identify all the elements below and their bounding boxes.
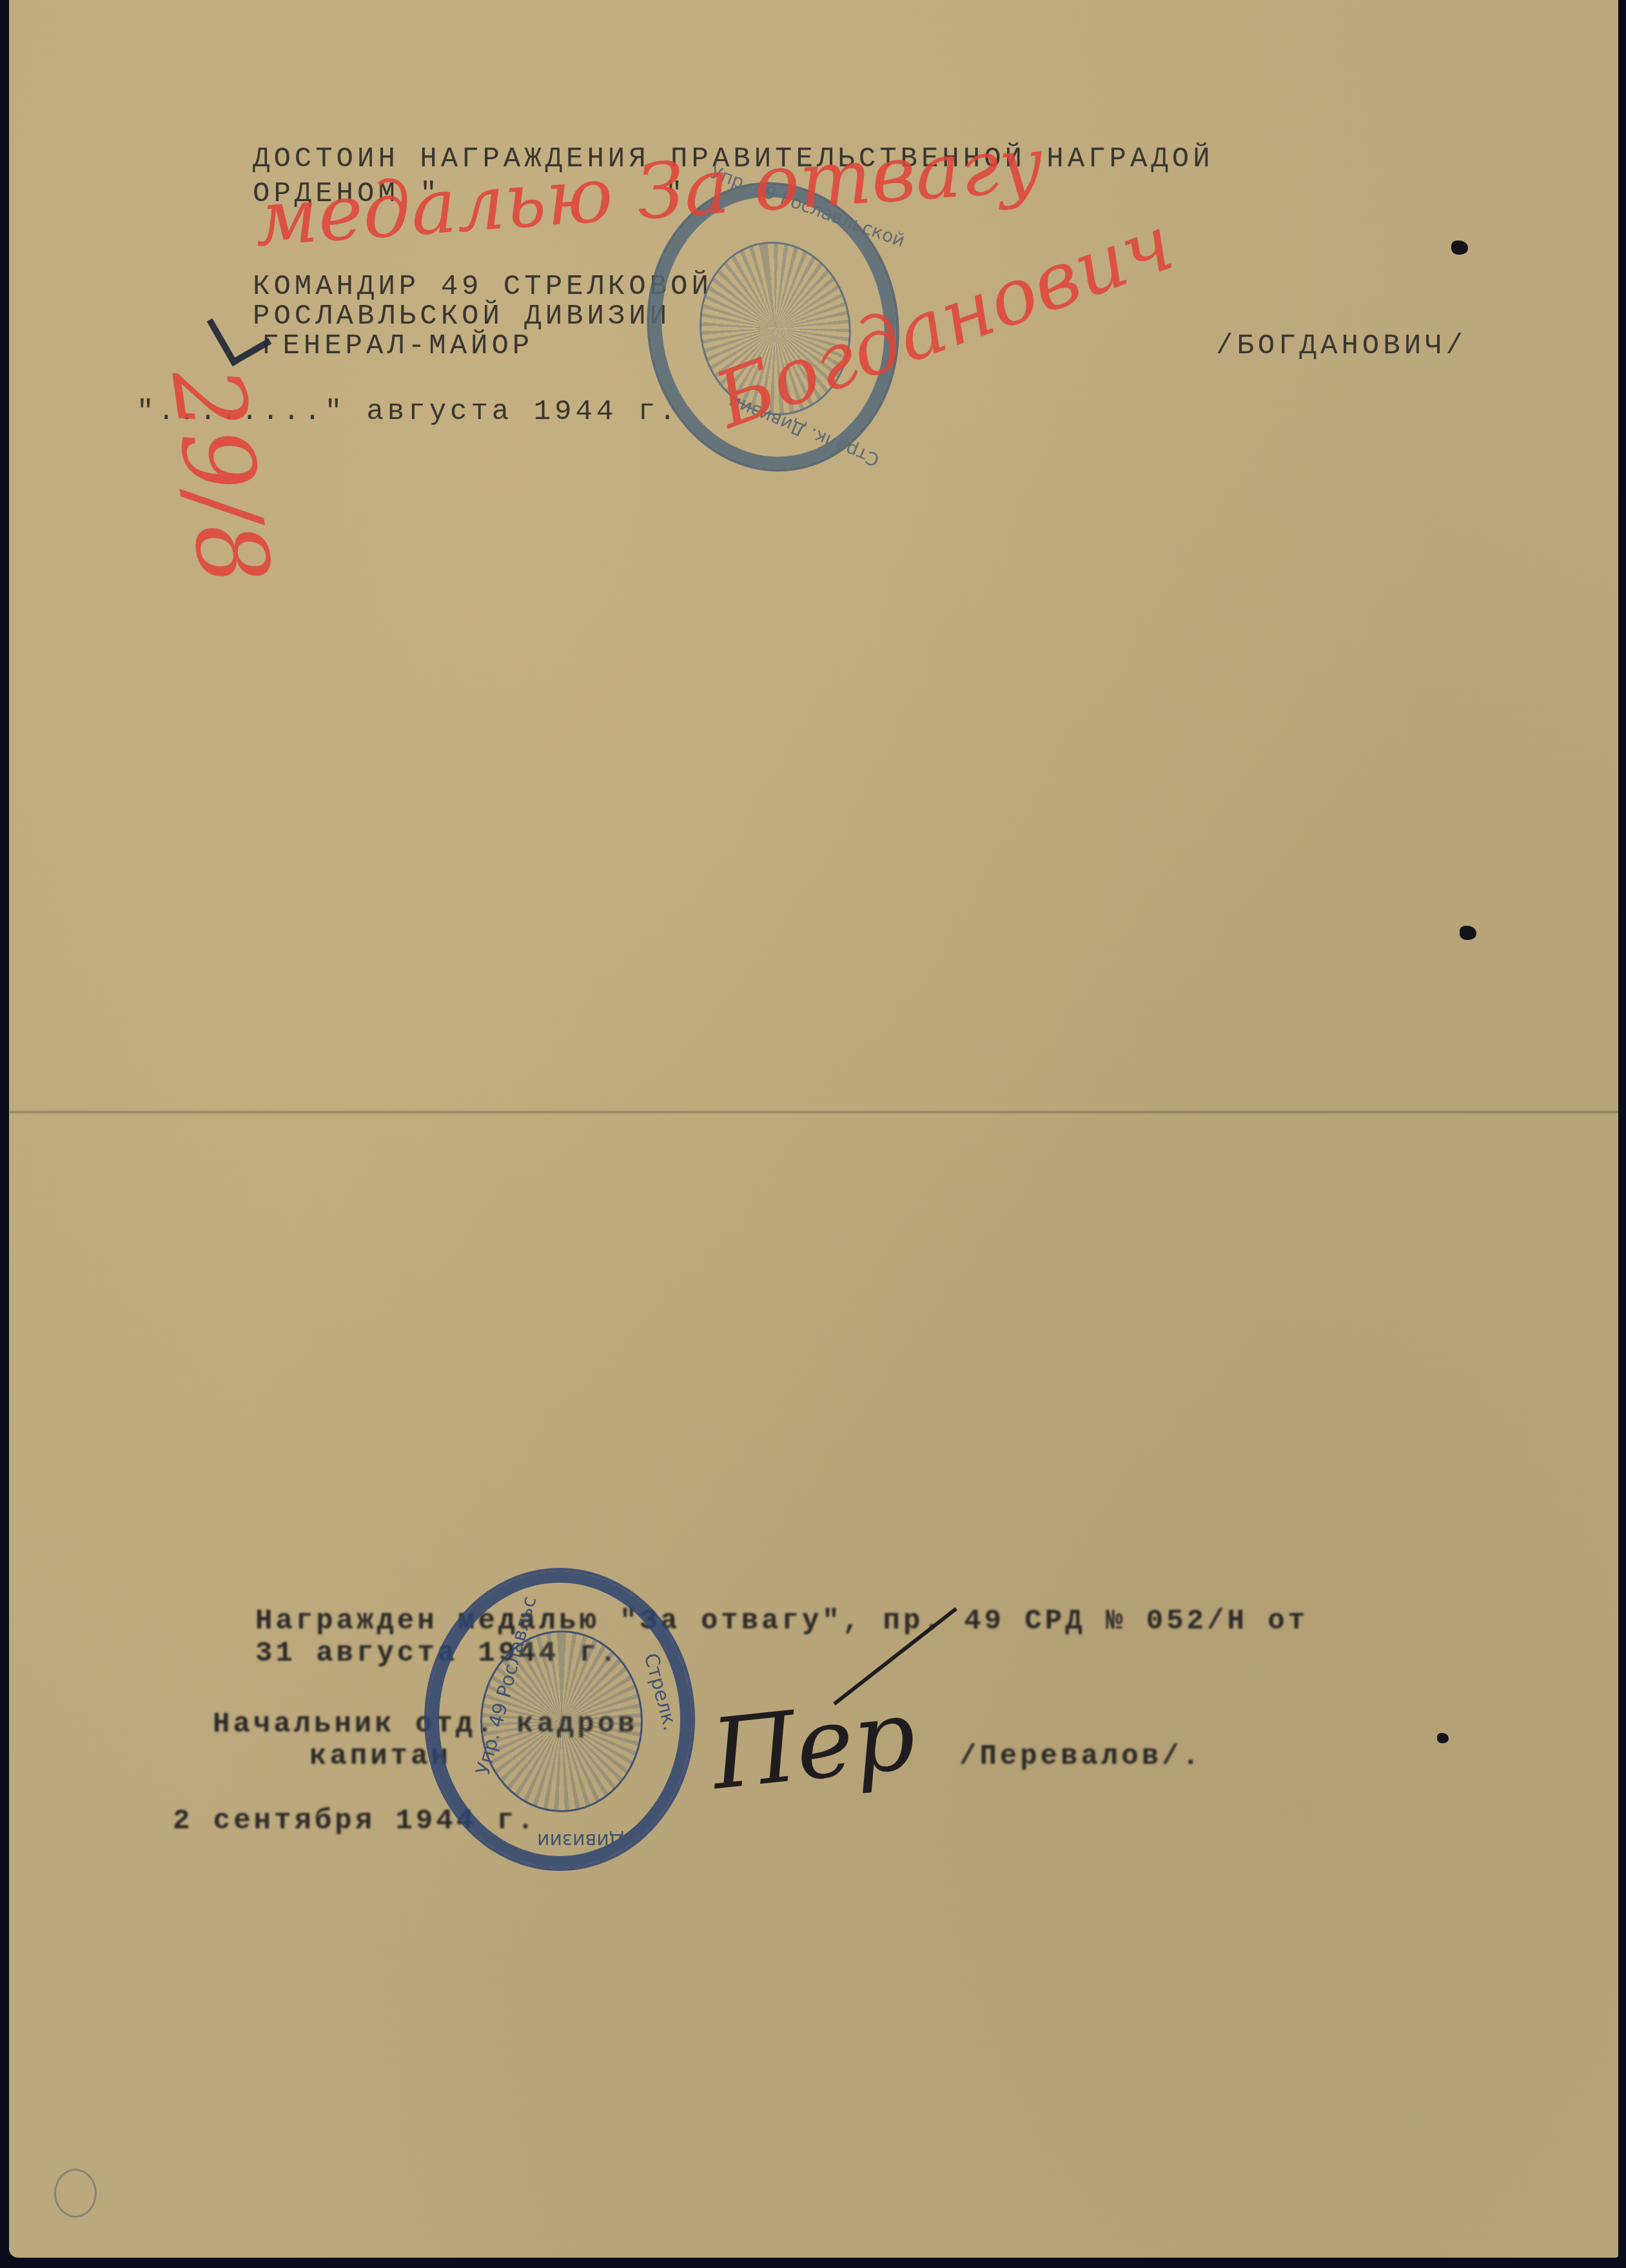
punch-hole-middle: [1460, 926, 1476, 940]
awarded-line1: Награжден медалью "За отвагу", пр. 49 СР…: [255, 1605, 1308, 1637]
stamp-ring-text-right: Стрелк.: [640, 1651, 682, 1734]
commander-title-line2: РОСЛАВЛЬСКОЙ ДИВИЗИИ: [253, 300, 671, 333]
division-stamp-bottom: Упр. 49 Рославльс Стрелк. Дивизии: [424, 1568, 695, 1871]
red-award-annotation: медалью За отвагу: [252, 119, 1046, 263]
punch-hole-top: [1451, 240, 1468, 255]
stamp-ring-text-bottom: Дивизии: [537, 1829, 624, 1852]
chief-signature: Пер: [707, 1679, 921, 1812]
commander-rank: ГЕНЕРАЛ-МАЙОР: [262, 330, 533, 362]
commander-name: /БОГДАНОВИЧ/: [1216, 330, 1467, 362]
punch-hole-bottom: [1437, 1733, 1449, 1743]
faint-corner-stamp: [54, 2169, 97, 2218]
commander-title-line1: КОМАНДИР 49 СТРЕЛКОВОЙ: [253, 271, 712, 303]
paper-fold-line: [9, 1110, 1618, 1114]
chief-name: /Перевалов/.: [959, 1741, 1202, 1773]
document-sheet: ДОСТОИН НАГРАЖДЕНИЯ ПРАВИТЕЛЬСТВЕННОЙ НА…: [9, 0, 1618, 2258]
